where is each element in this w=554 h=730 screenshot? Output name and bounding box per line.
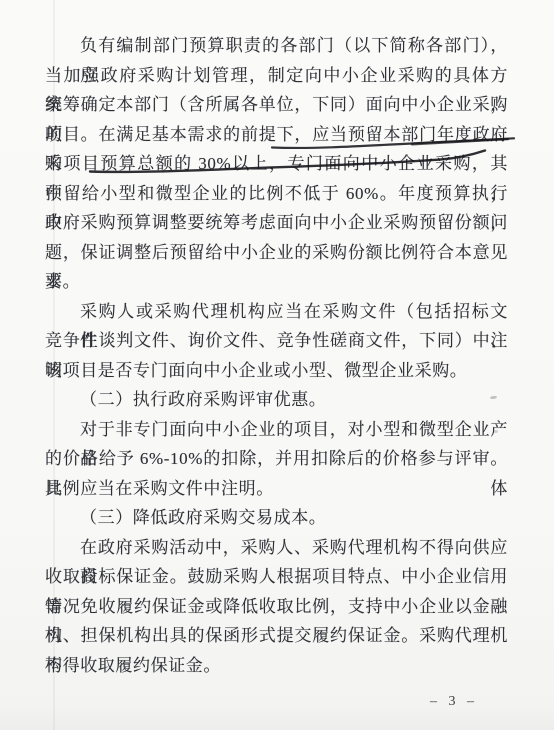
text-line: 的价格给予 6%-10%的扣除，并用扣除后的价格参与评审。具体 (45, 444, 508, 474)
text-line: 构、担保机构出具的保函形式提交履约保证金。采购代理机构 (45, 621, 508, 651)
text-line: 竞争性谈判文件、询价文件、竞争性磋商文件，下同）中注明 (45, 326, 508, 356)
text-line: 不得收取履约保证金。 (45, 651, 508, 681)
text-line: 负有编制部门预算职责的各部门（以下简称各部门），应 (45, 31, 508, 61)
text-line: 购项目预算总额的 30%以上，专门面向中小企业采购，其中， (45, 149, 508, 179)
text-line: 在政府采购活动中，采购人、采购代理机构不得向供应商 (45, 533, 508, 563)
text-line: 求。 (45, 267, 508, 297)
scanned-document-page: 负有编制部门预算职责的各部门（以下简称各部门），应当加强政府采购计划管理，制定向… (0, 0, 554, 730)
text-line: 预留给小型和微型企业的比例不低于 60%。年度预算执行中， (45, 179, 508, 209)
text-line: 统筹确定本部门（含所属各单位，下同）面向中小企业采购的 (45, 90, 508, 120)
text-line: 该项目是否专门面向中小企业或小型、微型企业采购。 (45, 356, 508, 386)
text-line: （二）执行政府采购评审优惠。 (45, 385, 508, 415)
text-line: 政府采购预算调整要统筹考虑面向中小企业采购预留份额问 (45, 208, 508, 238)
text-line: 采购人或采购代理机构应当在采购文件（包括招标文件、 (45, 297, 508, 327)
text-line: 收取投标保证金。鼓励采购人根据项目特点、中小企业信用等 (45, 562, 508, 592)
text-line: 对于非专门面向中小企业的项目，对小型和微型企业产品 (45, 415, 508, 445)
page-number: – 3 – (408, 694, 500, 710)
text-line: （三）降低政府采购交易成本。 (45, 503, 508, 533)
text-line: 情况免收履约保证金或降低收取比例，支持中小企业以金融机 (45, 592, 508, 622)
text-line: 项目。在满足基本需求的前提下，应当预留本部门年度政府采 (45, 120, 508, 150)
text-line: 当加强政府采购计划管理，制定向中小企业采购的具体方案， (45, 61, 508, 91)
scan-speck (494, 430, 498, 433)
document-lines: 负有编制部门预算职责的各部门（以下简称各部门），应当加强政府采购计划管理，制定向… (45, 31, 508, 680)
text-line: 题，保证调整后预留给中小企业的采购份额比例符合本意见要 (45, 238, 508, 268)
